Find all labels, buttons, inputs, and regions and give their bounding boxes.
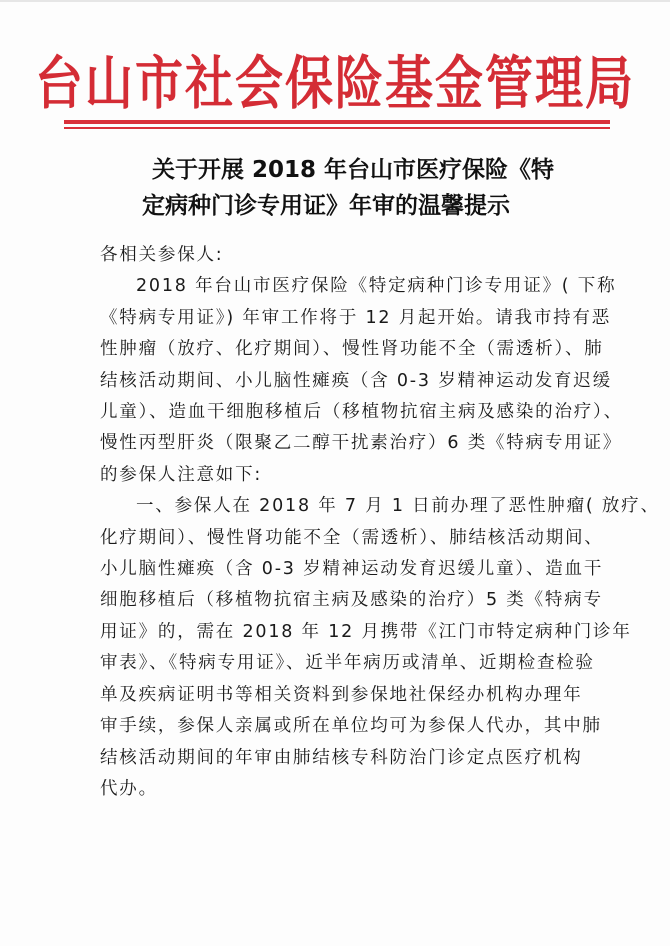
para1-line: 的参保人注意如下: [100,460,620,491]
para2-line: 代办。 [100,774,620,805]
salutation: 各相关参保人: [100,240,620,271]
title-line-2: 定病种门诊专用证》年审的温馨提示 [100,188,580,224]
para2-line: 单及疾病证明书等相关资料到参保地社保经办机构办理年 [100,680,620,711]
letterhead-org-name: 台山市社会保险基金管理局 [0,50,670,117]
para1-line: 慢性丙型肝炎（限聚乙二醇干扰素治疗）6 类《特病专用证》 [100,428,620,459]
title-line-1: 关于开展 2018 年台山市医疗保险《特 [100,152,580,188]
para2-line: 用证》的，需在 2018 年 12 月携带《江门市特定病种门诊年 [100,617,620,648]
para2-line: 化疗期间）、慢性肾功能不全（需透析）、肺结核活动期间、 [100,523,620,554]
document-body: 各相关参保人: 2018 年台山市医疗保险《特定病种门诊专用证》( 下称 《特病… [100,240,620,805]
para1-line: 《特病专用证》) 年审工作将于 12 月起开始。请我市持有恶 [100,303,620,334]
para1-line: 结核活动期间、小儿脑性瘫痪（含 0-3 岁精神运动发育迟缓 [100,366,620,397]
para2-line: 结核活动期间的年审由肺结核专科防治门诊定点医疗机构 [100,743,620,774]
para2-line: 一、参保人在 2018 年 7 月 1 日前办理了恶性肿瘤( 放疗、 [100,491,620,522]
para1-line: 儿童）、造血干细胞移植后（移植物抗宿主病及感染的治疗）、 [100,397,620,428]
para2-line: 审手续，参保人亲属或所在单位均可为参保人代办，其中肺 [100,711,620,742]
para2-line: 细胞移植后（移植物抗宿主病及感染的治疗）5 类《特病专 [100,585,620,616]
para1-line: 性肿瘤（放疗、化疗期间）、慢性肾功能不全（需透析）、肺 [100,334,620,365]
letterhead-rule-thick [64,120,610,124]
para2-line: 小儿脑性瘫痪（含 0-3 岁精神运动发育迟缓儿童）、造血干 [100,554,620,585]
letterhead-rule-thin [64,127,610,129]
document-page: 台山市社会保险基金管理局 关于开展 2018 年台山市医疗保险《特 定病种门诊专… [0,0,670,946]
para1-line: 2018 年台山市医疗保险《特定病种门诊专用证》( 下称 [100,271,620,302]
para2-line: 审表》、《特病专用证》、近半年病历或清单、近期检查检验 [100,648,620,679]
document-title: 关于开展 2018 年台山市医疗保险《特 定病种门诊专用证》年审的温馨提示 [100,152,580,224]
